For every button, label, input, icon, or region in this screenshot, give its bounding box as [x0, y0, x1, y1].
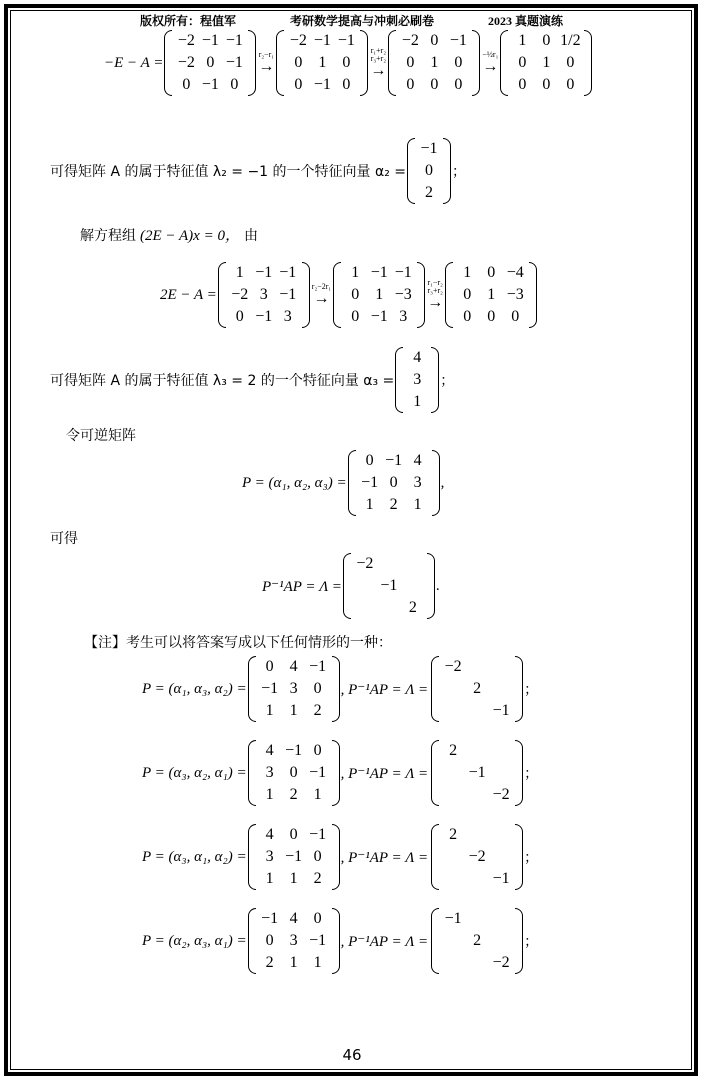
matrix-cell: 2	[258, 954, 282, 972]
left-paren	[431, 656, 439, 722]
matrix-cell: −1	[441, 910, 465, 928]
header-copyright: 版权所有：程值军	[140, 12, 236, 29]
diagonal-matrix: 2−1−2	[431, 740, 523, 806]
matrix-cell: 1	[228, 264, 252, 282]
matrix: 40−13−10112	[248, 824, 340, 890]
right-paren	[515, 656, 523, 722]
semicolon: ；	[452, 161, 466, 181]
alternative-answer-row: P = (α₁, α₃, α₂) = 04−1−130112 , P⁻¹AP =…	[142, 656, 538, 722]
matrix-cell: −1	[252, 308, 276, 326]
matrix-cell: 0	[306, 680, 330, 698]
matrix-cell: 1	[258, 786, 282, 804]
alt-P-lhs: P = (α₃, α₁, α₂) =	[142, 849, 247, 866]
matrix-cell: 3	[276, 308, 300, 326]
matrix-cell: −1	[489, 870, 513, 888]
matrix-cell: −1	[367, 308, 391, 326]
matrix-cell: −1	[222, 32, 246, 50]
left-paren	[248, 908, 256, 974]
matrix-cell: 0	[534, 76, 558, 94]
right-paren	[515, 908, 523, 974]
right-paren	[360, 30, 368, 96]
row-op-arrow: r₂−2r₁→	[312, 283, 331, 307]
right-paren	[515, 824, 523, 890]
left-paren	[248, 656, 256, 722]
matrix-cell: 0	[422, 32, 446, 50]
matrix: −2−1−1−20−10−10	[164, 30, 256, 96]
matrix-cell: 2	[306, 870, 330, 888]
matrix-cell: −1	[306, 764, 330, 782]
matrix-cell: −1	[367, 264, 391, 282]
matrix-cell: −1	[489, 702, 513, 720]
matrix-cell: 0	[446, 76, 470, 94]
matrix-cell: −1	[306, 932, 330, 950]
right-paren	[431, 347, 439, 413]
matrix-cell: −1	[382, 452, 406, 470]
matrix: −2−1−10100−10	[276, 30, 368, 96]
P-lhs: P = (α₁, α₂, α₃) =	[242, 475, 347, 492]
arrow-icon: →	[370, 63, 386, 79]
matrix-cell: 2	[382, 496, 406, 514]
matrix-cell: −2	[174, 32, 198, 50]
page-number: 46	[0, 1046, 704, 1064]
matrix: 101/2010000	[500, 30, 592, 96]
semicolon: ；	[524, 931, 538, 951]
note: 【注】考生可以将答案写成以下任何情形的一种：	[84, 632, 392, 652]
matrix-cell: 0	[398, 54, 422, 72]
matrix-cell: 3	[258, 848, 282, 866]
matrix-cell: 2	[441, 826, 465, 844]
vector: −102	[407, 138, 451, 204]
right-paren	[529, 262, 537, 328]
row-op-arrow: −½r₁→	[482, 51, 498, 75]
matrix-cell: 3	[405, 371, 429, 389]
matrix-cell: −1	[282, 742, 306, 760]
equation-2e-minus-a: 2E − A = 1−1−1−23−10−13 r₂−2r₁→ 1−1−101−…	[160, 262, 538, 328]
matrix-cell: −1	[198, 32, 222, 50]
matrix-cell: 0	[398, 76, 422, 94]
matrix-cell: 0	[479, 264, 503, 282]
matrix-cell: 0	[510, 76, 534, 94]
arrow-icon: →	[427, 295, 443, 311]
alt-P-lhs: P = (α₁, α₃, α₂) =	[142, 681, 247, 698]
matrix-cell: 1	[510, 32, 534, 50]
matrix-cell: 0	[455, 286, 479, 304]
matrix-cell: 4	[282, 658, 306, 676]
diagonal-matrix: −22−1	[431, 656, 523, 722]
Lambda-lhs: P⁻¹AP = Λ =	[262, 577, 342, 596]
matrix-cell: 0	[306, 910, 330, 928]
semicolon: ；	[524, 679, 538, 699]
matrix: 1−1−101−30−13	[333, 262, 425, 328]
matrix: −14003−1211	[248, 908, 340, 974]
arrow-icon: →	[482, 59, 498, 75]
matrix-cell: 1	[422, 54, 446, 72]
matrix-cell: 0	[558, 54, 582, 72]
matrix-cell: 0	[343, 308, 367, 326]
matrix-cell: 2	[465, 932, 489, 950]
matrix-cell: −1	[306, 658, 330, 676]
matrix-cell: 0	[334, 76, 358, 94]
right-paren	[302, 262, 310, 328]
arrow-icon: →	[313, 291, 329, 307]
matrix-cell: 0	[286, 76, 310, 94]
matrix-cell: −2	[398, 32, 422, 50]
matrix-cell: −2	[441, 658, 465, 676]
left-paren	[431, 824, 439, 890]
alt-Lambda-lhs: , P⁻¹AP = Λ =	[341, 848, 428, 867]
matrix-cell: 0	[282, 764, 306, 782]
right-paren	[584, 30, 592, 96]
matrix-cell: 2	[401, 599, 425, 617]
matrix-cell: 3	[406, 474, 430, 492]
matrix-cell: −1	[391, 264, 415, 282]
equation-Lambda: P⁻¹AP = Λ = −2−12 .	[262, 553, 440, 619]
matrix-cell: 4	[282, 910, 306, 928]
matrix-cell: −1	[465, 764, 489, 782]
matrix-cell: 1	[367, 286, 391, 304]
matrix-cell: 0	[174, 76, 198, 94]
matrix: 04−1−130112	[248, 656, 340, 722]
alternative-answer-row: P = (α₃, α₁, α₂) = 40−13−10112 , P⁻¹AP =…	[142, 824, 538, 890]
comma: ,	[441, 475, 445, 492]
alt-P-lhs: P = (α₃, α₂, α₁) =	[142, 765, 247, 782]
alternative-answer-row: P = (α₂, α₃, α₁) = −14003−1211 , P⁻¹AP =…	[142, 908, 538, 974]
left-paren	[395, 347, 403, 413]
matrix-cell: −1	[358, 474, 382, 492]
matrix-cell: 2	[465, 680, 489, 698]
solve-text: 解方程组	[80, 225, 136, 245]
matrix-cell: 0	[343, 286, 367, 304]
matrix-cell: 3	[282, 680, 306, 698]
right-paren	[427, 553, 435, 619]
matrix-cell: −1	[276, 264, 300, 282]
matrix-cell: −1	[252, 264, 276, 282]
matrix-cell: 0	[334, 54, 358, 72]
alt-Lambda-lhs: , P⁻¹AP = Λ =	[341, 680, 428, 699]
right-paren	[515, 740, 523, 806]
matrix-cell: 0	[417, 162, 441, 180]
alt-Lambda-lhs: , P⁻¹AP = Λ =	[341, 764, 428, 783]
matrix-cell: −2	[465, 848, 489, 866]
matrix-cell: −1	[276, 286, 300, 304]
equation-neg-e-minus-a: −E − A = −2−1−1−20−10−10 r₂−r₁→ −2−1−101…	[104, 30, 593, 96]
matrix-cell: 1	[258, 702, 282, 720]
matrix-cell: 0	[534, 32, 558, 50]
matrix-cell: 0	[306, 742, 330, 760]
matrix-cell: 1	[534, 54, 558, 72]
matrix-cell: 1	[282, 954, 306, 972]
matrix: 0−14−103121	[348, 450, 440, 516]
matrix-cell: −1	[258, 680, 282, 698]
left-paren	[248, 824, 256, 890]
matrix-cell: −2	[228, 286, 252, 304]
left-paren	[248, 740, 256, 806]
matrix-cell: −2	[174, 54, 198, 72]
equation-P: P = (α₁, α₂, α₃) = 0−14−103121 ,	[242, 450, 444, 516]
right-paren	[443, 138, 451, 204]
semicolon: ；	[524, 847, 538, 867]
matrix-cell: 1/2	[558, 32, 582, 50]
matrix-cell: 0	[479, 308, 503, 326]
matrix-cell: 2	[417, 184, 441, 202]
matrix-cell: 0	[258, 932, 282, 950]
row-op-arrow: r₁−r₂r₃+r₂→	[427, 279, 443, 311]
matrix: 1−1−1−23−10−13	[218, 262, 310, 328]
row-op-arrow: r₂−r₁→	[258, 51, 274, 75]
matrix-cell: 4	[258, 826, 282, 844]
matrix-cell: −2	[489, 786, 513, 804]
matrix-cell: −2	[353, 555, 377, 573]
matrix-cell: 0	[228, 308, 252, 326]
left-paren	[333, 262, 341, 328]
matrix-cell: 0	[455, 308, 479, 326]
matrix-cell: 0	[222, 76, 246, 94]
arrow-icon: →	[258, 59, 274, 75]
matrix-cell: 0	[258, 658, 282, 676]
diagonal-matrix: 2−2−1	[431, 824, 523, 890]
left-paren	[431, 740, 439, 806]
matrix-cell: 4	[258, 742, 282, 760]
alpha3-text: 可得矩阵 A 的属于特征值 λ₃ = 2 的一个特征向量 α₃ =	[50, 370, 394, 390]
right-paren	[332, 824, 340, 890]
left-paren	[407, 138, 415, 204]
left-paren	[500, 30, 508, 96]
matrix-cell: −2	[286, 32, 310, 50]
matrix-cell: 0	[382, 474, 406, 492]
matrix-cell: 1	[406, 496, 430, 514]
matrix-cell: −1	[417, 140, 441, 158]
matrix-cell: 1	[358, 496, 382, 514]
matrix-cell: −1	[310, 76, 334, 94]
solve-tail: 由	[244, 225, 258, 245]
matrix-cell: 1	[282, 870, 306, 888]
eq2-lhs: 2E − A =	[160, 287, 217, 304]
matrix-cell: −1	[222, 54, 246, 72]
semicolon: ；	[440, 370, 454, 390]
alpha2-text: 可得矩阵 A 的属于特征值 λ₂ = −1 的一个特征向量 α₂ =	[50, 161, 406, 181]
alt-P-lhs: P = (α₂, α₃, α₁) =	[142, 933, 247, 950]
matrix-cell: 0	[286, 54, 310, 72]
left-paren	[164, 30, 172, 96]
matrix-cell: 1	[306, 786, 330, 804]
right-paren	[332, 740, 340, 806]
matrix-cell: 1	[343, 264, 367, 282]
alt-Lambda-lhs: , P⁻¹AP = Λ =	[341, 932, 428, 951]
matrix-cell: 0	[306, 848, 330, 866]
matrix-cell: 2	[282, 786, 306, 804]
left-paren	[218, 262, 226, 328]
matrix-cell: 0	[198, 54, 222, 72]
matrix-cell: 0	[358, 452, 382, 470]
matrix-cell: −1	[306, 826, 330, 844]
matrix-cell: 0	[510, 54, 534, 72]
eigenvector-alpha3-line: 可得矩阵 A 的属于特征值 λ₃ = 2 的一个特征向量 α₃ = 431 ；	[50, 347, 454, 413]
matrix-cell: −4	[503, 264, 527, 282]
diagonal-matrix: −2−12	[343, 553, 435, 619]
matrix-cell: 0	[446, 54, 470, 72]
matrix-cell: −1	[310, 32, 334, 50]
period: .	[436, 578, 440, 595]
diagonal-matrix: −12−2	[431, 908, 523, 974]
right-paren	[332, 908, 340, 974]
right-paren	[472, 30, 480, 96]
right-paren	[417, 262, 425, 328]
eigenvector-alpha2-line: 可得矩阵 A 的属于特征值 λ₂ = −1 的一个特征向量 α₂ = −102 …	[50, 138, 466, 204]
matrix-cell: 1	[306, 954, 330, 972]
matrix-cell: 1	[258, 870, 282, 888]
matrix-cell: 0	[422, 76, 446, 94]
matrix-cell: 3	[252, 286, 276, 304]
left-paren	[431, 908, 439, 974]
we-get: 可得	[50, 528, 78, 548]
left-paren	[388, 30, 396, 96]
matrix-cell: 0	[282, 826, 306, 844]
matrix-cell: −3	[391, 286, 415, 304]
right-paren	[248, 30, 256, 96]
semicolon: ；	[524, 763, 538, 783]
matrix-cell: 0	[503, 308, 527, 326]
matrix: −20−1010000	[388, 30, 480, 96]
matrix-cell: 3	[258, 764, 282, 782]
let-invertible-matrix: 令可逆矩阵	[66, 425, 136, 445]
matrix-cell: −1	[334, 32, 358, 50]
right-paren	[432, 450, 440, 516]
matrix-cell: 2	[306, 702, 330, 720]
matrix-cell: −2	[489, 954, 513, 972]
row-op-arrow: r₁+r₂r₃+r₂→	[370, 47, 386, 79]
matrix-cell: 3	[391, 308, 415, 326]
matrix: 4−1030−1121	[248, 740, 340, 806]
matrix-cell: −1	[198, 76, 222, 94]
matrix-cell: −1	[282, 848, 306, 866]
matrix-cell: −1	[446, 32, 470, 50]
matrix-cell: 4	[405, 349, 429, 367]
matrix-cell: 1	[479, 286, 503, 304]
matrix-cell: 0	[558, 76, 582, 94]
alternative-answer-row: P = (α₃, α₂, α₁) = 4−1030−1121 , P⁻¹AP =…	[142, 740, 538, 806]
left-paren	[445, 262, 453, 328]
header-section: 2023 真题演练	[488, 12, 563, 29]
matrix-cell: −1	[377, 577, 401, 595]
solve-system-line: 解方程组 (2E − A)x = 0， 由	[80, 224, 258, 245]
left-paren	[348, 450, 356, 516]
matrix-cell: −3	[503, 286, 527, 304]
eq1-lhs: −E − A =	[104, 55, 163, 72]
vector: 431	[395, 347, 439, 413]
matrix: 10−401−3000	[445, 262, 537, 328]
matrix-cell: 2	[441, 742, 465, 760]
matrix-cell: 1	[282, 702, 306, 720]
matrix-cell: 1	[455, 264, 479, 282]
header-book-title: 考研数学提高与冲刺必刷卷	[290, 12, 434, 29]
matrix-cell: 3	[282, 932, 306, 950]
matrix-cell: 1	[310, 54, 334, 72]
left-paren	[343, 553, 351, 619]
left-paren	[276, 30, 284, 96]
matrix-cell: 4	[406, 452, 430, 470]
matrix-cell: 1	[405, 393, 429, 411]
matrix-cell: −1	[258, 910, 282, 928]
solve-equation: (2E − A)x = 0，	[140, 224, 240, 245]
right-paren	[332, 656, 340, 722]
